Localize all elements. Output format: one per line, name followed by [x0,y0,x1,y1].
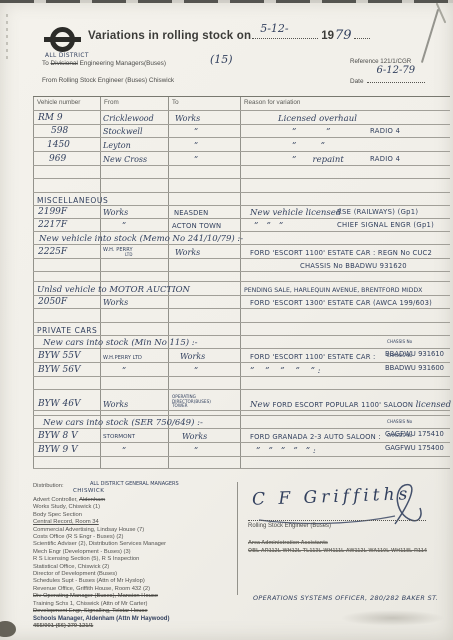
printed-year-prefix: 19 [321,30,334,42]
handwritten-district-note: ALL DISTRICT [45,53,89,59]
vehicle-number: BYW 55V [33,352,100,362]
section-heading-row: MISCELLANEOUS [33,193,450,206]
signatory-title: Rolling Stock Engineer (Buses) [248,523,331,529]
distribution-item-struck: 455/001 (56) 279 121/1 [33,623,235,630]
to-location: Works [168,433,240,442]
chassis-label: CHASSIS No [387,339,412,344]
handwritten-copy-number: (15) [210,53,233,66]
distribution-item: Revenue Office, Griffith House, Room 432… [33,586,235,593]
distribution-item: Mech Engr (Development - Buses) (3) [33,549,235,556]
distribution-item: Works Study, Chiswick (1) [33,504,235,511]
section-heading: MISCELLANEOUS [33,197,450,206]
reason: FORD 'ESCORT 1100' ESTATE CAR : REGN No … [240,250,450,258]
from-location: Works [100,401,168,410]
struck-code-list: OBL AR112L WH12L TL113L WH111L AW112L WA… [248,548,427,554]
reason: FORD 'ESCORT 1300' ESTATE CAR (AWCA 199/… [240,300,450,308]
distribution-item: Schedules Supt - Buses (Attn of Mr Hyslo… [33,578,235,585]
ditto-mark: ” [168,128,240,137]
blank-row [33,166,450,179]
from-location: Stockwell [100,128,168,137]
reason: PENDING SALE, HARLEQUIN AVENUE, BRENTFOR… [240,288,450,295]
blank-row [33,179,450,193]
vehicle-number: 2050F [33,298,100,308]
to-location: Works [168,353,240,362]
distribution-item: Body Spec Section [33,512,235,519]
handwritten-date: 5-12- [260,22,288,35]
reason-script-prefix: New [250,400,272,410]
from-location: Leyton [100,142,168,151]
table-row: 2050F Works FORD 'ESCORT 1300' ESTATE CA… [33,296,450,309]
table-row: 2217F ” ACTON TOWN ” ” ” CHIEF SIGNAL EN… [33,219,450,232]
chassis-label: CHASSIS No [387,433,412,438]
ditto-mark: ” [168,367,240,376]
handwritten-year: 79 [335,28,352,43]
variations-table: Vehicle number From To Reason for variat… [33,96,450,481]
reason: New FORD ESCORT POPULAR 1100' SALOON lic… [240,400,453,411]
chassis-label: CHASSIS No [387,353,412,358]
distribution-item: Central Record, Room 34 [33,519,235,526]
distribution-header: Distribution: ALL DISTRICT GENERAL MANAG… [33,483,235,497]
addressee-line: To Divisional Engineering Managers(Buses… [42,60,166,67]
table-row: RM 9 Cricklewood Works Licensed overhaul [33,111,450,125]
from-location: Cricklewood [100,115,168,124]
handwritten-date-value: 6-12-79 [377,65,416,76]
date-dotted-line: 6-12-79 [367,74,425,83]
note-row: New vehicle into stock (Memo No 241/10/7… [33,232,450,245]
scanned-document-page: Variations in rolling stock on 5-12- 19 … [0,0,453,640]
supplier-suffix: LTD [103,253,168,257]
ditto-mark: ” [168,156,240,165]
reason-script-suffix: licensed (9 [416,400,453,410]
supplier: STORMONT [100,435,168,442]
blank-row [33,377,450,390]
scan-edge-dots [6,14,8,60]
chassis-block: CHASSIS No BBADWU 931600 [385,357,444,375]
from-location: Works [100,209,168,218]
vehicle-number: BYW 9 V [33,446,100,456]
from-location: New Cross [100,156,168,165]
distribution-item: Director of Development (Buses) [33,571,235,578]
struck-word: Divisional [51,60,78,67]
distribution-item: Advert Controller, Aldenham [33,497,235,504]
table-row: BYW 46V Works OPERATING DIRECTOR(BUSES) … [33,390,450,411]
vehicle-number: BYW 56V [33,366,100,376]
ditto-mark: ” [168,142,240,151]
vehicle-number: 2217F [33,221,100,231]
scan-pen-mark [421,9,439,63]
date-line: Date 6-12-79 [350,74,425,85]
to-location: ACTON TOWN [168,223,240,231]
struck-note: Area Administration Assistants [248,540,328,546]
table-row: BYW 56V ” ” ” ” ” ” ” : CHASSIS No BBADW… [33,363,450,377]
table-row: 2199F Works NEASDEN New vehicle licensed… [33,206,450,219]
distribution-item: Costs Office (R S Engr - Buses) (2) [33,534,235,541]
form-title-line: Variations in rolling stock on 5-12- 19 … [88,28,370,43]
vehicle-number: BYW 8 V [33,432,100,442]
blank-row [33,457,450,469]
roundel-bar [44,37,81,42]
vehicle-number: BYW 46V [33,400,100,410]
chassis-number: GAGFWU 175400 [385,444,444,452]
supplier: W.H. PERRY LTD [100,248,168,259]
table-row: BYW 9 V ” ” ” ” ” ” ” : CHASSIS No GAGFW… [33,443,450,457]
struck-text: Aldenham [79,497,105,503]
table-row: 969 New Cross ” ” repaint RADIO 4 [33,152,450,166]
table-row: 1450 Leyton ” ” ” [33,138,450,152]
vehicle-number: RM 9 [33,114,100,124]
memo-note: New vehicle into stock (Memo No 241/10/7… [33,235,450,245]
table-header-row: Vehicle number From To Reason for variat… [33,97,450,111]
empty-cell [168,307,240,308]
from-location: Works [100,299,168,308]
blank-row [33,309,450,323]
radio-annotation: RADIO 4 [370,155,400,163]
allocation-annotation: CHIEF SIGNAL ENGR (Gp1) [337,221,434,229]
london-transport-roundel-icon [44,26,81,53]
distribution-item-handwritten: Schools Manager, Aldenham (Attn Mr Haywo… [33,616,235,623]
section-heading-row: PRIVATE CARS [33,323,450,336]
handwritten-distribution-note: CHISWICK [73,488,104,495]
table-row: 2225F W.H. PERRY LTD Works FORD 'ESCORT … [33,245,450,259]
to-line3: TOWER [172,403,188,408]
to-location: Works [168,249,240,258]
vehicle-number: 2199F [33,208,100,218]
ditto-marks: ” ” [240,128,450,138]
form-title: Variations in rolling stock on [88,30,251,42]
col-header-reason: Reason for variation [240,97,450,106]
distribution-list: Distribution: ALL DISTRICT GENERAL MANAG… [33,483,235,630]
distribution-item: Statistical Office, Chiswick (2) [33,564,235,571]
allocation-annotation: RSE (RAILWAYS) (Gp1) [337,208,418,216]
disposal-note: Unlsd vehicle to MOTOR AUCTION [33,286,240,296]
table-row: 598 Stockwell ” ” ” RADIO 4 [33,125,450,138]
scan-ink-blot [0,621,16,637]
distribution-item-struck: Development Engr, Signalling, Telstar Ho… [33,608,235,615]
radio-annotation: RADIO 4 [370,127,400,135]
distribution-item: Scientific Adviser (2), Distribution Ser… [33,541,235,548]
distribution-label: Distribution: [33,483,64,489]
section-heading: PRIVATE CARS [33,327,450,336]
chassis-block: CHASSIS No GAGFWU 175400 [385,437,444,455]
ditto-mark: ” [100,367,168,376]
distribution-item: Training Schs 1, Chiswick (Attn of Mr Ca… [33,601,235,608]
vehicle-number: 1450 [33,141,100,151]
addressee-text: Engineering Managers(Buses) [80,60,166,67]
chassis-label: CHASSIS No [387,419,412,424]
vehicle-number: 2225F [33,248,100,258]
chassis-number: CHASSIS No BBADWU 931620 [240,263,450,271]
trailing-dots [354,29,370,39]
ditto-mark: ” [100,447,168,456]
distribution-item: R S Licensing Section (5), R S Inspectio… [33,556,235,563]
reason: Licensed overhaul [240,115,450,125]
ditto-marks: ” ” [240,142,450,152]
reason-caps: FORD ESCORT POPULAR 1100' SALOON [272,401,415,409]
col-header-vehicle: Vehicle number [33,97,100,106]
reference-number: Reference 121/1/CGR [350,58,411,65]
col-header-from: From [100,97,168,106]
scan-torn-top-edge [0,0,453,3]
date-label: Date [350,78,364,85]
col-header-to: To [168,97,240,106]
vehicle-number: 969 [33,155,100,165]
supplier: W.H.PERRY LTD [100,356,168,362]
scan-smudge [340,610,445,626]
item-text: Advert Controller, [33,497,79,503]
table-row: Unlsd vehicle to MOTOR AUCTION PENDING S… [33,282,450,296]
to-location: OPERATING DIRECTOR(BUSES) TOWER [168,395,240,410]
to-location: NEASDEN [168,210,240,218]
ditto-mark: ” [100,222,168,231]
continuation-row: CHASSIS No BBADWU 931620 [33,259,450,272]
to-label: To [42,60,49,67]
date-dotted-line: 5-12- [252,29,318,39]
handwritten-ops-note: OPERATIONS SYSTEMS OFFICER, 280/282 BAKE… [253,594,438,602]
chassis-number: BBADWU 931600 [385,364,444,372]
blank-row [33,272,450,282]
signature-dotted-line [248,519,426,521]
bottom-section-divider [237,482,238,595]
blank-row [33,469,450,481]
distribution-item: Commercial Advertising, Lindsay House (7… [33,527,235,534]
sender-line: From Rolling Stock Engineer (Buses) Chis… [42,77,174,84]
to-location: Works [168,115,240,124]
ditto-mark: ” [168,447,240,456]
reason: ” repaint [240,156,450,166]
distribution-item-struck: Div Operating Manager (Buses), Mansion H… [33,593,235,600]
vehicle-number: 598 [33,127,100,137]
